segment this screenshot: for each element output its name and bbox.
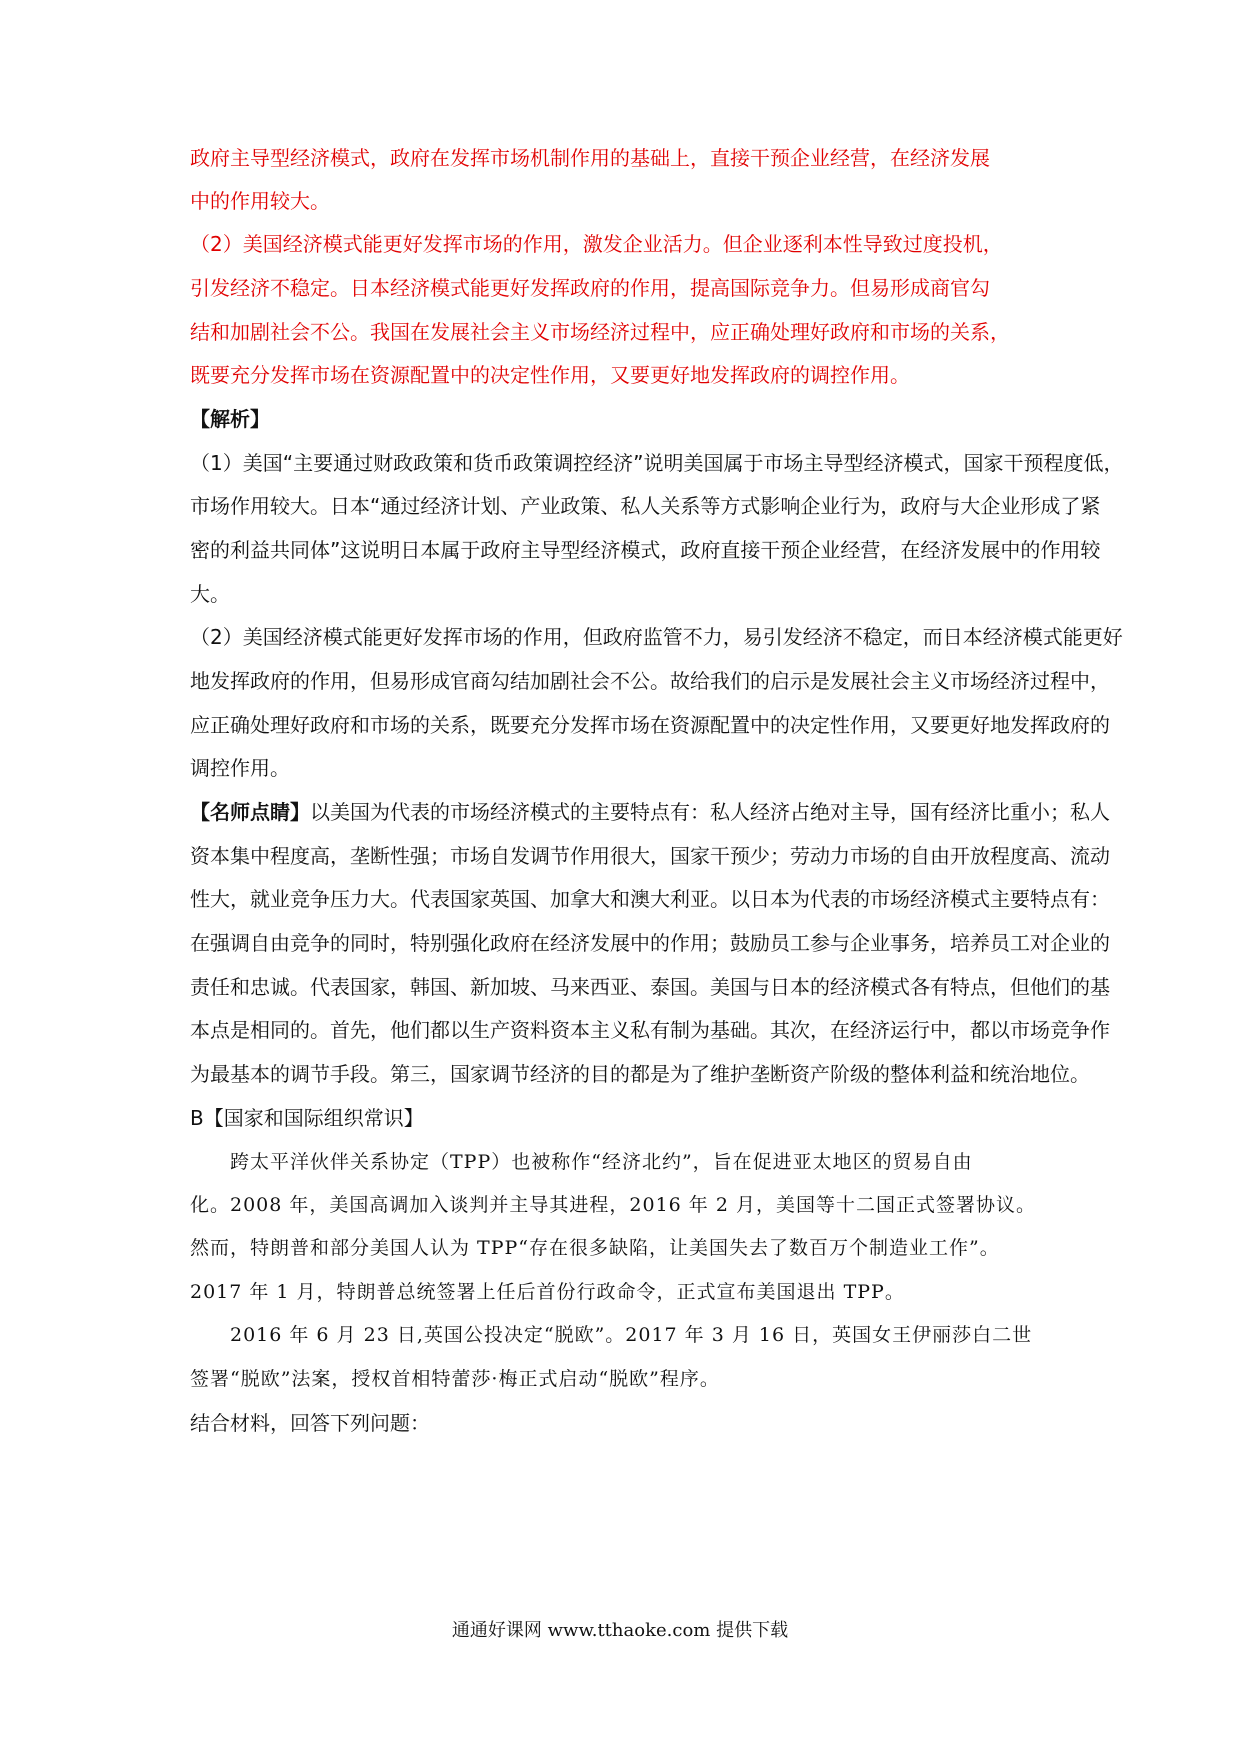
tips-line: 责任和忠诚。代表国家，韩国、新加坡、马来西亚、泰国。美国与日本的经济模式各有特点… [190,973,1110,1001]
tips-line: 性大，就业竞争压力大。代表国家英国、加拿大和澳大利亚。以日本为代表的市场经济模式… [190,885,1110,913]
analysis-heading: 【解析】 [190,405,270,433]
section-b-heading: B【国家和国际组织常识】 [190,1104,424,1132]
analysis-line: （1）美国“主要通过财政政策和货币政策调控经济”说明美国属于市场主导型经济模式，… [190,449,1123,477]
document-page: 政府主导型经济模式，政府在发挥市场机制作用的基础上，直接干预企业经营，在经济发展… [0,0,1240,1754]
analysis-line: 密的利益共同体”这说明日本属于政府主导型经济模式，政府直接干预企业经营，在经济发… [190,536,1100,564]
answer-line: （2）美国经济模式能更好发挥市场的作用，激发企业活力。但企业逐利本性导致过度投机… [190,230,1003,258]
answer-line: 政府主导型经济模式，政府在发挥市场机制作用的基础上，直接干预企业经营，在经济发展 [190,144,990,172]
material-line: 签署“脱欧”法案，授权首相特蕾莎·梅正式启动“脱欧”程序。 [190,1365,720,1393]
analysis-line: 市场作用较大。日本“通过经济计划、产业政策、私人关系等方式影响企业行为，政府与大… [190,492,1100,520]
material-line: 化。2008 年，美国高调加入谈判并主导其进程，2016 年 2 月，美国等十二… [190,1191,1036,1219]
tips-line: 资本集中程度高，垄断性强；市场自发调节作用很大，国家干预少；劳动力市场的自由开放… [190,842,1110,870]
answer-line: 中的作用较大。 [190,187,330,215]
analysis-line: 调控作用。 [190,754,290,782]
analysis-line: （2）美国经济模式能更好发挥市场的作用，但政府监管不力，易引发经济不稳定，而日本… [190,623,1123,651]
answer-line: 既要充分发挥市场在资源配置中的决定性作用，又要更好地发挥政府的调控作用。 [190,361,910,389]
answer-line: 结和加剧社会不公。我国在发展社会主义市场经济过程中，应正确处理好政府和市场的关系… [190,318,1010,346]
material-line: 跨太平洋伙伴关系协定（TPP）也被称作“经济北约”，旨在促进亚太地区的贸易自由 [230,1148,973,1176]
answer-line: 引发经济不稳定。日本经济模式能更好发挥政府的作用，提高国际竞争力。但易形成商官勾 [190,274,990,302]
material-line: 2016 年 6 月 23 日,英国公投决定“脱欧”。2017 年 3 月 16… [230,1321,1032,1349]
analysis-line: 大。 [190,580,230,608]
tips-line: 为最基本的调节手段。第三，国家调节经济的目的都是为了维护垄断资产阶级的整体利益和… [190,1060,1090,1088]
tips-label: 【名师点睛】 [190,800,310,824]
material-line: 然而，特朗普和部分美国人认为 TPP“存在很多缺陷，让美国失去了数百万个制造业工… [190,1234,1000,1262]
tips-text: 以美国为代表的市场经济模式的主要特点有：私人经济占绝对主导，国有经济比重小；私人 [310,800,1110,824]
material-line: 2017 年 1 月，特朗普总统签署上任后首份行政命令，正式宣布美国退出 TPP… [190,1278,905,1306]
analysis-line: 地发挥政府的作用，但易形成官商勾结加剧社会不公。故给我们的启示是发展社会主义市场… [190,667,1110,695]
page-footer: 通通好课网 www.tthaoke.com 提供下载 [0,1616,1240,1642]
tips-line: 在强调自由竞争的同时，特别强化政府在经济发展中的作用；鼓励员工参与企业事务，培养… [190,929,1110,957]
question-prompt: 结合材料，回答下列问题： [190,1409,430,1437]
tips-line: 本点是相同的。首先，他们都以生产资料资本主义私有制为基础。其次，在经济运行中，都… [190,1016,1110,1044]
analysis-line: 应正确处理好政府和市场的关系，既要充分发挥市场在资源配置中的决定性作用，又要更好… [190,711,1110,739]
tips-line-first: 【名师点睛】以美国为代表的市场经济模式的主要特点有：私人经济占绝对主导，国有经济… [190,798,1110,826]
